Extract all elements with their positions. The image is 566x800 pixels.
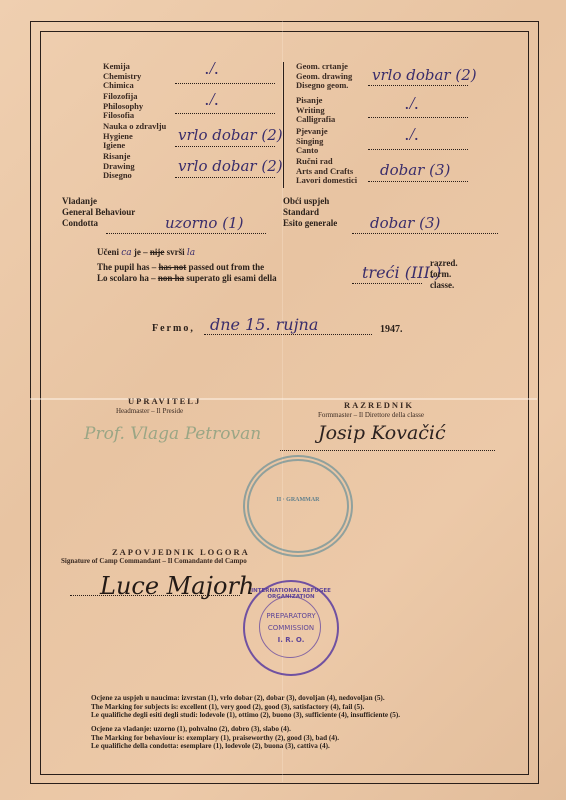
grade-line <box>175 113 275 114</box>
date-place: Fermo, <box>152 323 195 334</box>
handwritten-suffix: la <box>187 248 195 258</box>
struck-text: non ha <box>158 273 184 283</box>
legend-line: The Marking for behaviour is: exemplary … <box>91 734 339 743</box>
formmaster-signature: Josip Kovačić <box>318 422 446 444</box>
headmaster-signature: Prof. Vlaga Petrovan <box>84 424 261 444</box>
label-it: Filosofia <box>103 111 143 121</box>
grade-line <box>368 149 468 150</box>
iro-ring-text: INTERNATIONAL REFUGEE ORGANIZATION <box>245 588 337 600</box>
standard-value: dobar (3) <box>370 214 440 232</box>
standard-label: Obći uspjeh Standard Esito generale <box>283 196 337 229</box>
subjects-grading-legend: Ocjene za uspjeh u naucima: izvrstan (1)… <box>91 694 400 720</box>
legend-line: The Marking for subjects is: excellent (… <box>91 703 400 712</box>
standard-line <box>352 233 498 234</box>
label-it: Disegno geom. <box>296 81 352 91</box>
label-en: General Behaviour <box>62 207 135 218</box>
subject-philosophy-label: Filozofija Philosophy Filosofia <box>103 92 143 121</box>
struck-text: has not <box>159 262 187 272</box>
label-it: Chimica <box>103 81 141 91</box>
subject-hygiene-grade: vrlo dobar (2) <box>178 126 283 144</box>
subject-singing-label: Pjevanje Singing Canto <box>296 127 328 156</box>
text: The pupil has – <box>97 262 156 272</box>
behaviour-value: uzorno (1) <box>165 214 243 232</box>
date-line <box>204 334 372 335</box>
label-it: Condotta <box>62 218 135 229</box>
subject-arts-crafts-label: Ručni rad Arts and Crafts Lavori domesti… <box>296 157 357 186</box>
behaviour-label: Vladanje General Behaviour Condotta <box>62 196 135 229</box>
text: Učeni <box>97 247 119 257</box>
label-it: Igiene <box>103 141 166 151</box>
label-it: Calligrafia <box>296 115 335 125</box>
text: passed out from the <box>189 262 265 272</box>
text: svrši <box>167 247 185 257</box>
date-handwritten: dne 15. rujna <box>210 315 318 334</box>
grade-line <box>175 146 275 147</box>
subject-writing-label: Pisanje Writing Calligrafia <box>296 96 335 125</box>
class-line <box>352 283 422 284</box>
label-it: classe. <box>430 280 458 291</box>
seal-text: II · GRAMMAR <box>259 497 337 503</box>
legend-line: Le qualifiche degli esiti degli studi: l… <box>91 711 400 720</box>
subject-arts-crafts-grade: dobar (3) <box>380 161 450 179</box>
iro-line: I. R. O. <box>245 636 337 644</box>
subject-singing-grade: ./. <box>405 124 419 145</box>
grade-line <box>175 83 275 84</box>
class-labels: razred. form. classe. <box>430 258 458 291</box>
subject-geom-drawing-label: Geom. crtanje Geom. drawing Disegno geom… <box>296 62 352 91</box>
subject-chemistry-grade: ./. <box>205 58 219 79</box>
label-it: Lavori domestici <box>296 176 357 186</box>
label-it: Canto <box>296 146 328 156</box>
struck-text: nije <box>150 247 165 257</box>
label-en: form. <box>430 269 458 280</box>
grade-line <box>368 181 468 182</box>
text: Lo scolaro ha – <box>97 273 156 283</box>
commandant-title: ZAPOVJEDNIK LOGORA <box>112 547 250 557</box>
headmaster-title: UPRAVITELJ <box>128 396 201 406</box>
behaviour-grading-legend: Ocjene za vladanje: uzorno (1), pohvalno… <box>91 725 339 751</box>
legend-line: Ocjene za vladanje: uzorno (1), pohvalno… <box>91 725 339 734</box>
subject-drawing-label: Risanje Drawing Disegno <box>103 152 135 181</box>
subject-philosophy-grade: ./. <box>205 89 219 110</box>
statement-line-it: Lo scolaro ha – non ha superato gli esam… <box>97 273 277 284</box>
subjects-column-divider <box>283 62 284 188</box>
subject-drawing-grade: vrlo dobar (2) <box>178 157 283 175</box>
subject-geom-drawing-grade: vrlo dobar (2) <box>372 66 477 84</box>
certificate-page: Kemija Chemistry Chimica ./. Filozofija … <box>0 0 566 800</box>
iro-stamp: INTERNATIONAL REFUGEE ORGANIZATION PREPA… <box>243 580 339 676</box>
subject-writing-grade: ./. <box>405 93 419 114</box>
formmaster-subtitle: Formmaster – Il Direttore della classe <box>318 411 424 419</box>
grade-line <box>368 117 468 118</box>
text: superato gli esami della <box>186 273 276 283</box>
formmaster-title: RAZREDNIK <box>344 400 414 410</box>
label-it: Disegno <box>103 171 135 181</box>
label-hr: razred. <box>430 258 458 269</box>
commandant-subtitle: Signature of Camp Commandant – Il Comand… <box>61 557 247 565</box>
formmaster-line <box>280 450 495 451</box>
commandant-line <box>70 595 240 596</box>
legend-line: Ocjene za uspjeh u naucima: izvrstan (1)… <box>91 694 400 703</box>
statement-line-hr: Učeni ca je – nije svrši la <box>97 247 195 259</box>
text: je – <box>134 247 148 257</box>
legend-line: Le qualifiche della condotta: esemplare … <box>91 742 339 751</box>
label-hr: Vladanje <box>62 196 135 207</box>
label-it: Esito generale <box>283 218 337 229</box>
label-en: Standard <box>283 207 337 218</box>
subject-hygiene-label: Nauka o zdravlju Hygiene Igiene <box>103 122 166 151</box>
school-seal-stamp: II · GRAMMAR <box>243 455 353 557</box>
headmaster-subtitle: Headmaster – Il Preside <box>116 407 183 415</box>
behaviour-line <box>106 233 266 234</box>
grade-line <box>368 85 468 86</box>
subject-chemistry-label: Kemija Chemistry Chimica <box>103 62 141 91</box>
label-hr: Obći uspjeh <box>283 196 337 207</box>
statement-line-en: The pupil has – has not passed out from … <box>97 262 264 273</box>
iro-line: COMMISSION <box>245 624 337 632</box>
fold-crease-horizontal <box>30 398 537 400</box>
grade-line <box>175 177 275 178</box>
date-year: 1947. <box>380 324 403 335</box>
handwritten-suffix: ca <box>121 248 131 258</box>
iro-line: PREPARATORY <box>245 612 337 620</box>
